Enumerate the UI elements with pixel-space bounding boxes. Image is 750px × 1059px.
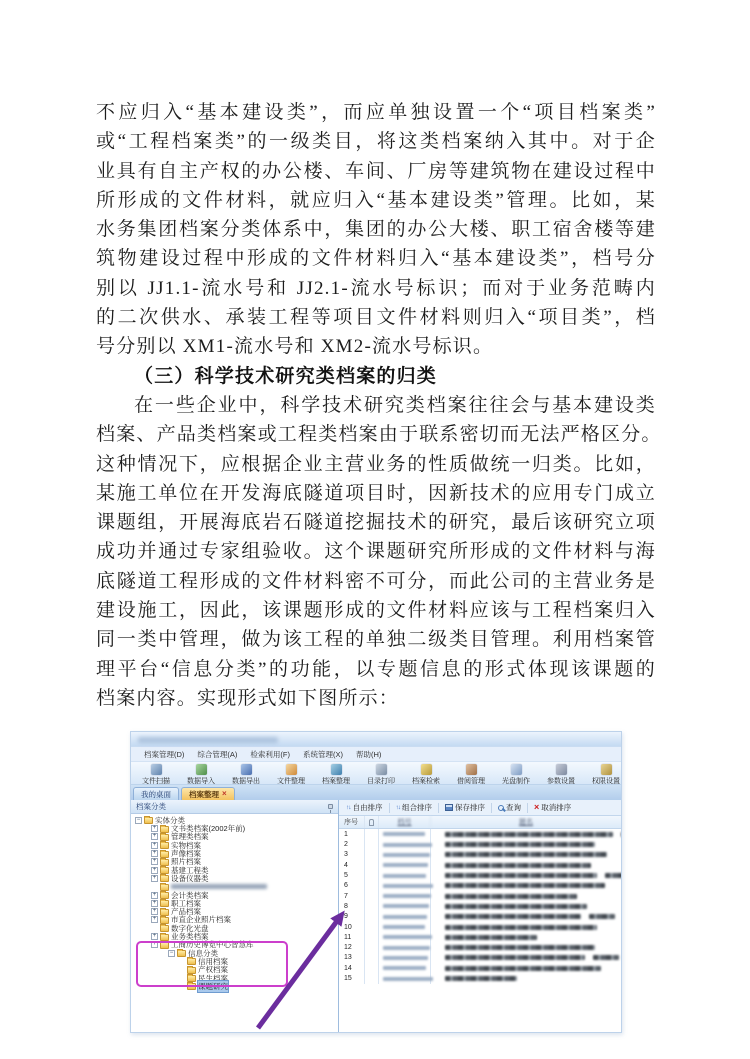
cell-title [431,870,621,880]
tree-item[interactable]: 课题研究 [133,982,338,990]
document-page: 不应归入“基本建设类”，而应单独设置一个“项目档案类”或“工程档案类”的一级类目… [96,98,656,1033]
text-line: 号分别以 XM1-流水号和 XM2-流水号标识。 [96,332,656,361]
toolbar-button-label: 借阅管理 [457,776,485,786]
tree-item[interactable]: +工商历史博览中心智慧库 [133,941,338,949]
toolbar-button[interactable]: 借阅管理 [449,764,493,786]
redacted-docno [383,915,427,919]
tree-item[interactable]: 产权档案 [133,966,338,974]
cell-attachment [365,932,379,942]
redacted-title [605,873,621,878]
menu-item[interactable]: 综合管理(A) [197,749,237,760]
redacted-title [445,873,597,878]
toolbar-button[interactable]: 档案整理 [314,764,358,786]
redacted-title [445,832,613,837]
table-row[interactable]: 7 [339,891,621,901]
paragraph-basic-construction: 不应归入“基本建设类”，而应单独设置一个“项目档案类”或“工程档案类”的一级类目… [96,98,656,362]
plus-expander-icon[interactable]: + [151,825,158,832]
tree-item[interactable]: 民生档案 [133,974,338,982]
tree-item[interactable]: +文书类档案(2002年前) [133,825,338,833]
plus-expander-icon[interactable]: + [151,892,158,899]
cell-docno [379,973,431,983]
folder-icon [187,967,196,974]
row-number: 15 [339,973,365,983]
cell-docno [379,860,431,870]
toolbar-button[interactable]: 参数设置 [539,764,583,786]
tree-item[interactable]: +会计类档案 [133,891,338,899]
tree-item[interactable]: +职工档案 [133,899,338,907]
cell-title [431,829,621,839]
toolbar-button-label: 文件扫描 [142,776,170,786]
table-row[interactable]: 1 [339,829,621,839]
redacted-title [589,914,615,919]
cancel-icon: × [534,803,539,812]
cell-title [431,840,621,850]
toolbar-button[interactable]: 文件扫描 [134,764,178,786]
redacted-title [445,883,605,888]
row-number: 5 [339,870,365,880]
tab-close-icon[interactable]: × [222,790,227,798]
data-export-icon [241,764,252,775]
redacted-title [445,955,585,960]
table-row[interactable]: 12 [339,943,621,953]
tree-item[interactable]: +照片档案 [133,858,338,866]
folder-icon [187,983,196,990]
text-line: 筑物建设过程中形成的文件材料归入“基本建设类”，档号分 [96,244,656,273]
row-number: 4 [339,860,365,870]
text-line: 业具有自主产权的办公楼、车间、厂房等建筑物在建设过程中 [96,157,656,186]
cell-title [431,901,621,911]
cell-attachment [365,840,379,850]
redacted-title [445,966,601,971]
table-row[interactable]: 2 [339,840,621,850]
toolbar-button-label: 光盘制作 [502,776,530,786]
folder-icon [160,826,169,833]
sort-toolbar-button[interactable]: 查询 [495,801,524,814]
toolbar-separator [389,803,390,813]
cell-title [431,963,621,973]
redacted-docno [383,946,430,950]
section-heading: （三）科学技术研究类档案的归类 [96,362,656,391]
redacted-docno [383,935,432,939]
toolbar-button[interactable]: 权限设置 [584,764,622,786]
toolbar-button-label: 目录打印 [367,776,395,786]
folder-icon [160,867,169,874]
sort-toolbar-button[interactable]: ↑↓自由排序 [343,801,386,814]
table-row[interactable]: 6 [339,881,621,891]
scanner-icon [151,764,162,775]
classification-panel-header: 档案分类 [131,800,338,814]
redacted-docno [383,894,431,898]
plus-expander-icon[interactable]: + [151,941,158,948]
column-header-docno[interactable]: 档号 [379,816,431,828]
plus-expander-icon[interactable]: + [151,900,158,907]
cell-attachment [365,850,379,860]
button-label: 组合排序 [402,802,432,813]
tree-item[interactable]: 信用档案 [133,957,338,965]
menu-item[interactable]: 帮助(H) [356,749,381,760]
cell-attachment [365,922,379,932]
disc-burn-icon [511,764,522,775]
toolbar-button[interactable]: 档案检索 [404,764,448,786]
text-line: 理平台“信息分类”的功能，以专题信息的形式体现该课题的 [96,655,656,684]
redacted-docno [383,977,433,981]
cell-title [431,912,621,922]
plus-expander-icon[interactable]: + [151,850,158,857]
redacted-title [445,894,577,899]
row-number: 12 [339,943,365,953]
cell-attachment [365,829,379,839]
row-number: 14 [339,963,365,973]
cell-attachment [365,901,379,911]
plus-expander-icon[interactable]: + [151,842,158,849]
redacted-docno [383,884,433,888]
redacted-docno [383,904,429,908]
folder-icon [187,958,196,965]
folder-icon [144,817,153,824]
text-line: 档案、产品类档案或工程类档案由于联系密切而无法严格区分。 [96,420,656,449]
text-line: 别以 JJ1.1-流水号和 JJ2.1-流水号标识；而对于业务范畴内 [96,274,656,303]
tree-item[interactable]: +声像档案 [133,849,338,857]
button-label: 取消排序 [541,802,571,813]
menu-item[interactable]: 系统管理(X) [303,749,343,760]
text-line: 成功并通过专家组验收。这个课题研究所形成的文件材料与海 [96,537,656,566]
folder-icon [160,934,169,941]
plus-expander-icon[interactable]: + [151,933,158,940]
cell-docno [379,922,431,932]
redacted-title [593,955,619,960]
toolbar-separator [527,803,528,813]
toolbar-button[interactable]: 光盘制作 [494,764,538,786]
cell-title [431,973,621,983]
toolbar-button[interactable]: 文件整理 [269,764,313,786]
table-row[interactable]: 3 [339,850,621,860]
window-title-bar [131,732,621,747]
paragraph-research-archives: 在一些企业中，科学技术研究类档案往往会与基本建设类档案、产品类档案或工程类档案由… [96,391,656,713]
cell-title [431,860,621,870]
tree-item[interactable]: +实物档案 [133,841,338,849]
sort-icon: ↑↓ [396,804,401,811]
cell-attachment [365,912,379,922]
row-number: 1 [339,829,365,839]
folder-icon [187,975,196,982]
window-title-redacted [138,737,278,743]
tree-item[interactable]: +设备仪器类 [133,874,338,882]
data-import-icon [196,764,207,775]
cell-title [431,943,621,953]
plus-expander-icon[interactable]: + [151,833,158,840]
text-line: 的二次供水、承装工程等项目文件材料则归入“项目类”，档 [96,303,656,332]
sort-toolbar: ↑↓自由排序↑↓组合排序保存排序查询×取消排序 [339,800,621,816]
classification-panel: 档案分类 −实体分类+文书类档案(2002年前)+管理类档案+实物档案+声像档案… [131,800,339,1032]
folder-icon [160,917,169,924]
toolbar-separator [438,803,439,813]
table-row[interactable]: 11 [339,932,621,942]
cell-docno [379,912,431,922]
text-line: 所形成的文件材料，就应归入“基本建设类”管理。比如，某 [96,186,656,215]
redacted-docno [383,956,428,960]
menu-item[interactable]: 档案管理(D) [144,749,184,760]
archive-tree: −实体分类+文书类档案(2002年前)+管理类档案+实物档案+声像档案+照片档案… [131,814,338,1032]
redacted-title [445,904,587,909]
folder-icon [160,942,169,949]
text-line: 不应归入“基本建设类”，而应单独设置一个“项目档案类” [96,98,656,127]
sort-icon: ↑↓ [346,804,351,811]
menu-item[interactable]: 检索利用(F) [250,749,290,760]
table-header: 序号 档号 题名 [339,816,621,829]
table-row[interactable]: 10 [339,922,621,932]
folder-icon [160,851,169,858]
cell-docno [379,829,431,839]
cell-attachment [365,973,379,983]
toolbar-button-label: 数据导出 [232,776,260,786]
attachment-icon [369,819,374,826]
cell-docno [379,850,431,860]
row-number: 7 [339,891,365,901]
archive-search-icon [421,764,432,775]
redacted-docno [383,843,432,847]
record-panel: ↑↓自由排序↑↓组合排序保存排序查询×取消排序 序号 档号 题名 1234567… [339,800,621,1032]
toolbar-button-label: 文件整理 [277,776,305,786]
cell-docno [379,881,431,891]
tree-item[interactable] [133,883,338,891]
cell-title [431,932,621,942]
column-header-title[interactable]: 题名 [431,816,621,828]
toolbar-button[interactable]: 目录打印 [359,764,403,786]
tab-label: 我的桌面 [141,789,171,800]
row-number: 3 [339,850,365,860]
main-toolbar: 文件扫描数据导入数据导出文件整理档案整理目录打印档案检索借阅管理光盘制作参数设置… [131,762,621,785]
save-icon [445,804,453,811]
table-row[interactable]: 5 [339,870,621,880]
table-row[interactable]: 8 [339,901,621,911]
toolbar-button[interactable]: 数据导出 [224,764,268,786]
text-line: 水务集团档案分类体系中，集团的办公大楼、职工宿舍楼等建 [96,215,656,244]
toolbar-button[interactable]: 数据导入 [179,764,223,786]
print-icon [376,764,387,775]
text-line: 建设施工，因此，该课题形成的文件材料应该与工程档案归入 [96,596,656,625]
embedded-screenshot: 档案管理(D)综合管理(A)检索利用(F)系统管理(X)帮助(H) 文件扫描数据… [130,731,622,1033]
cell-attachment [365,870,379,880]
text-line: 底隧道工程形成的文件材料密不可分，而此公司的主营业务是 [96,567,656,596]
sort-toolbar-button[interactable]: ×取消排序 [531,801,574,814]
minus-expander-icon[interactable]: − [135,817,142,824]
table-row[interactable]: 13 [339,953,621,963]
toolbar-button-label: 权限设置 [592,776,620,786]
settings-icon [556,764,567,775]
button-label: 自由排序 [353,802,383,813]
cell-attachment [365,943,379,953]
folder-icon [160,900,169,907]
row-number: 10 [339,922,365,932]
redacted-docno [383,925,425,929]
cell-docno [379,963,431,973]
redacted-title [445,842,595,847]
folder-icon [160,834,169,841]
folder-icon [160,909,169,916]
table-row[interactable]: 9 [339,912,621,922]
cell-attachment [365,860,379,870]
cell-title [431,881,621,891]
text-line: 档案内容。实现形式如下图所示： [96,684,656,713]
cell-docno [379,840,431,850]
minus-expander-icon[interactable]: − [168,950,175,957]
button-label: 查询 [506,802,521,813]
plus-expander-icon[interactable]: + [151,858,158,865]
menu-bar: 档案管理(D)综合管理(A)检索利用(F)系统管理(X)帮助(H) [131,747,621,762]
plus-expander-icon[interactable]: + [151,867,158,874]
toolbar-button-label: 档案整理 [322,776,350,786]
toolbar-button-label: 数据导入 [187,776,215,786]
tab-archive-organize[interactable]: 档案整理× [181,787,235,800]
permission-icon [601,764,612,775]
row-number: 6 [339,881,365,891]
redacted-docno [383,863,428,867]
redacted-docno [383,874,426,878]
table-row[interactable]: 14 [339,963,621,973]
text-line: 在一些企业中，科学技术研究类档案往往会与基本建设类 [96,391,656,420]
plus-expander-icon[interactable]: + [151,908,158,915]
cell-title [431,922,621,932]
row-number: 11 [339,932,365,942]
redacted-title [445,925,597,930]
archive-organize-icon [331,764,342,775]
folder-icon [177,950,186,957]
cell-attachment [365,891,379,901]
folder-icon [160,859,169,866]
folder-icon [160,875,169,882]
cell-title [431,850,621,860]
cell-attachment [365,953,379,963]
tab-label: 档案整理 [189,789,219,800]
borrow-manage-icon [466,764,477,775]
cell-docno [379,901,431,911]
cell-docno [379,932,431,942]
row-number: 2 [339,840,365,850]
toolbar-button-label: 参数设置 [547,776,575,786]
tab-strip: 我的桌面档案整理× [131,785,621,800]
toolbar-separator [491,803,492,813]
main-area: 档案分类 −实体分类+文书类档案(2002年前)+管理类档案+实物档案+声像档案… [131,800,621,1032]
redacted-title [445,945,595,950]
column-header-attachment[interactable] [365,816,379,828]
text-line: 同一类中管理，做为该工程的单独二级类目管理。利用档案管 [96,625,656,654]
folder-icon [160,884,169,891]
redacted-docno [383,966,426,970]
classification-panel-title: 档案分类 [136,801,166,812]
cell-attachment [365,963,379,973]
folder-icon [160,925,169,932]
plus-expander-icon[interactable]: + [151,916,158,923]
text-line: 某施工单位在开发海底隧道项目时，因新技术的应用专门成立 [96,479,656,508]
tree-item[interactable]: +产品档案 [133,908,338,916]
redacted-title [445,914,581,919]
tree-item-label: 设备仪器类 [171,873,209,884]
redacted-tree-label [171,884,267,889]
tree-item[interactable]: 数字化光盘 [133,924,338,932]
pin-icon[interactable] [328,804,333,809]
redacted-title [445,976,517,981]
table-row[interactable]: 4 [339,860,621,870]
tab-my-desktop[interactable]: 我的桌面 [133,787,179,800]
cell-docno [379,943,431,953]
row-number: 8 [339,901,365,911]
search-icon [498,805,504,811]
row-number: 13 [339,953,365,963]
cell-docno [379,953,431,963]
tree-item[interactable]: +基建工程类 [133,866,338,874]
text-line: 这种情况下，应根据企业主营业务的性质做统一归类。比如， [96,450,656,479]
redacted-docno [383,832,425,836]
text-line: 课题组，开展海底岩石隧道挖掘技术的研究，最后该研究立项 [96,508,656,537]
redacted-title [445,935,537,940]
redacted-title [445,852,607,857]
sort-toolbar-button[interactable]: 保存排序 [442,801,488,814]
folder-icon [160,892,169,899]
cell-attachment [365,881,379,891]
file-organize-icon [286,764,297,775]
button-label: 保存排序 [455,802,485,813]
text-line: 或“工程档案类”的一级类目，将这类档案纳入其中。对于企 [96,127,656,156]
folder-icon [160,842,169,849]
row-number: 9 [339,912,365,922]
cell-title [431,891,621,901]
sort-toolbar-button[interactable]: ↑↓组合排序 [393,801,436,814]
cell-docno [379,891,431,901]
column-header-index[interactable]: 序号 [339,816,365,828]
table-row[interactable]: 15 [339,973,621,983]
record-table: 123456789101112131415 [339,829,621,1032]
toolbar-button-label: 档案检索 [412,776,440,786]
tree-item-label: 课题研究 [198,981,228,992]
cell-docno [379,870,431,880]
plus-expander-icon[interactable]: + [151,875,158,882]
cell-title [431,953,621,963]
redacted-title [445,863,591,868]
redacted-docno [383,853,430,857]
tree-item[interactable]: +市直企业照片档案 [133,916,338,924]
